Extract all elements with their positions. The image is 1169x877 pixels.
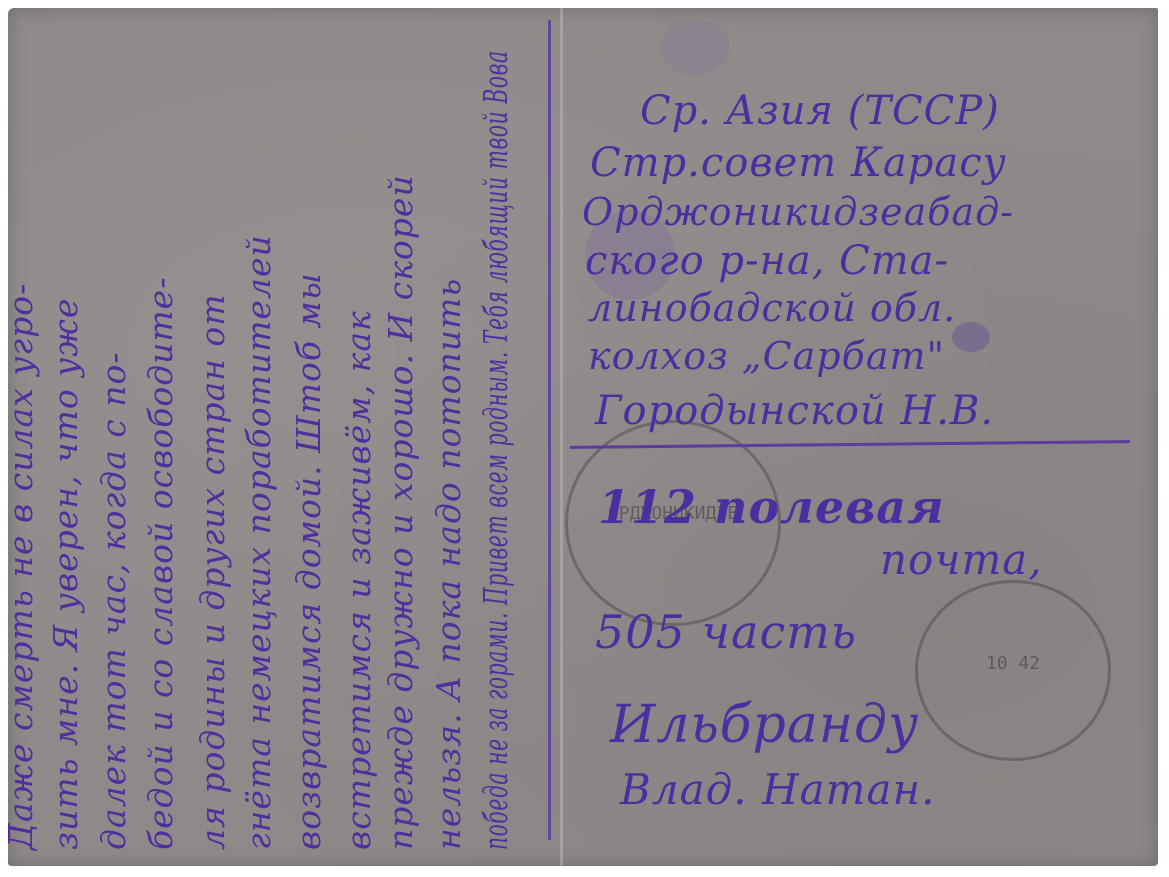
- address-to-line: Ср. Азия (ТССР): [640, 88, 1000, 134]
- letter-line: нельзя. А пока надо потопить: [429, 278, 468, 850]
- address-to-line: Орджоникидзеабад-: [582, 190, 1014, 234]
- address-from-line: Ильбранду: [610, 695, 919, 755]
- address-to-line: Стр.совет Карасу: [590, 140, 1007, 186]
- letter-line: далек тот час, когда с по-: [94, 351, 133, 850]
- address-to-line: линобадской обл.: [588, 286, 956, 330]
- address-from-line: Влад. Натан.: [620, 765, 936, 814]
- address-to-line: Городынской Н.В.: [595, 388, 994, 434]
- postmark-right: 10 42: [915, 580, 1111, 761]
- letter-line: гнёта немецких поработителей: [239, 234, 278, 850]
- letter-line: ля родины и других стран от: [193, 293, 232, 850]
- letter-line: Даже смерть не в силах угро-: [1, 283, 40, 850]
- address-from-line: почта,: [880, 535, 1043, 584]
- letter-line: победа не за горами. Привет всем родным.…: [476, 50, 515, 850]
- letter-line: зить мне. Я уверен, что уже: [46, 298, 85, 850]
- address-to-line: ского р-на, Ста-: [585, 238, 949, 284]
- ink-blot: [952, 322, 990, 352]
- address-from-line: 505 часть: [595, 605, 857, 659]
- letter-line: бедой и со славой освободите-: [141, 277, 180, 850]
- fold-crease: [560, 8, 563, 866]
- letter-line: прежде дружно и хорошо. И скорей: [381, 174, 420, 850]
- letter-body: Даже смерть не в силах угро-зить мне. Я …: [10, 30, 550, 850]
- letter-line: возвратимся домой. Штоб мы: [289, 272, 328, 850]
- letter-line: встретимся и заживём, как: [339, 310, 378, 850]
- address-to-line: колхоз „Сарбат": [588, 334, 945, 378]
- purple-stamp-top-2: [660, 20, 730, 75]
- address-from-line: 112 полевая: [598, 480, 945, 534]
